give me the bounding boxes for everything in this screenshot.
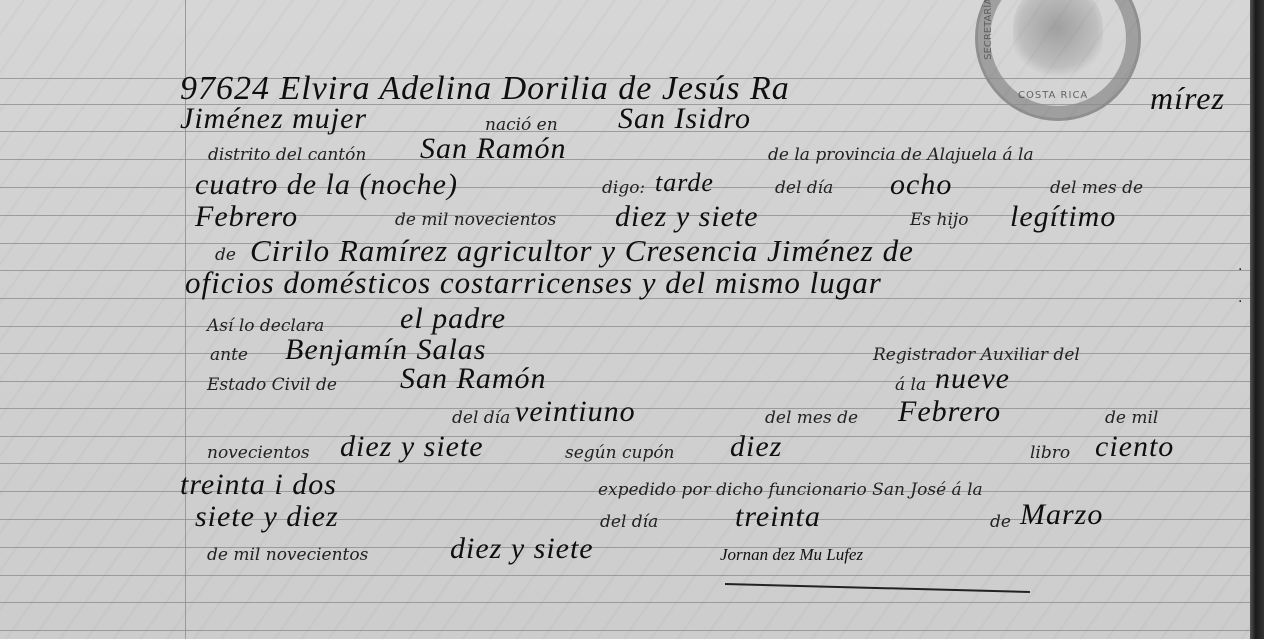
label-novecientos: novecientos	[207, 443, 310, 463]
coupon-number: diez	[730, 430, 782, 464]
rule-line	[0, 547, 1250, 548]
birth-month: Febrero	[195, 200, 298, 234]
label-es-hijo: Es hijo	[910, 210, 968, 230]
issued-year: diez y siete	[450, 532, 594, 566]
registration-month: Febrero	[898, 395, 1001, 429]
rule-line	[0, 463, 1250, 464]
signature-flourish	[725, 583, 1030, 593]
label-year: de mil novecientos	[395, 210, 556, 230]
book-number-start: ciento	[1095, 430, 1174, 464]
issued-month: Marzo	[1020, 498, 1103, 532]
official-seal: SECRETARÍA COSTA RICA	[975, 0, 1141, 121]
canton: San Ramón	[420, 132, 567, 166]
surname-continuation: mírez	[1150, 80, 1225, 117]
rule-line	[0, 602, 1250, 603]
label-digo: digo:	[602, 178, 645, 198]
rule-line	[0, 159, 1250, 160]
birth-day: ocho	[890, 168, 952, 202]
label-province: de la provincia de Alajuela á la	[768, 145, 1034, 165]
issued-hour: siete y diez	[195, 500, 339, 534]
registration-hour: nueve	[935, 362, 1010, 396]
seal-bottom-text: COSTA RICA	[1018, 90, 1088, 101]
registration-day: veintiuno	[515, 395, 636, 429]
seal-emblem-icon	[1013, 0, 1103, 83]
surname-sex: Jiménez mujer	[180, 102, 367, 136]
book-binding	[1250, 0, 1264, 639]
ledger-page: SECRETARÍA COSTA RICA 97624 Elvira Adeli…	[0, 0, 1264, 639]
label-de-2: de	[990, 512, 1011, 532]
label-month-2: del mes de	[765, 408, 858, 428]
registry-office: San Ramón	[400, 362, 547, 396]
label-day-2: del día	[452, 408, 510, 428]
label-month: del mes de	[1050, 178, 1143, 198]
label-ante: ante	[210, 345, 248, 365]
mother-occupation-nationality: oficios domésticos costarricenses y del …	[185, 265, 882, 301]
margin-mark: .	[1238, 258, 1242, 274]
label-de: de	[215, 245, 236, 265]
registration-year: diez y siete	[340, 430, 484, 464]
filiation: legítimo	[1010, 200, 1116, 234]
margin-mark: .	[1238, 290, 1242, 306]
label-a-la: á la	[895, 375, 926, 395]
birthplace: San Isidro	[618, 102, 751, 136]
label-cupon: según cupón	[565, 443, 675, 463]
label-day-3: del día	[600, 512, 658, 532]
label-de-mil: de mil	[1105, 408, 1158, 428]
rule-line	[0, 630, 1250, 631]
birth-hour-correction: tarde	[655, 168, 714, 198]
declarant: el padre	[400, 302, 506, 336]
label-day: del día	[775, 178, 833, 198]
label-issued-by: expedido por dicho funcionario San José …	[598, 480, 983, 500]
rule-line	[0, 381, 1250, 382]
label-estado-civil: Estado Civil de	[207, 375, 337, 395]
birth-hour: cuatro de la (noche)	[195, 168, 458, 202]
parents: Cirilo Ramírez agricultor y Cresencia Ji…	[250, 233, 914, 269]
rule-line	[0, 436, 1250, 437]
label-de-mil-novecientos: de mil novecientos	[207, 545, 368, 565]
label-district-canton: distrito del cantón	[208, 145, 366, 165]
official-signature: Jornan dez Mu Lufez	[720, 545, 863, 565]
rule-line	[0, 575, 1250, 576]
book-number-end: treinta i dos	[180, 468, 337, 502]
label-libro: libro	[1030, 443, 1070, 463]
rule-line	[0, 326, 1250, 327]
seal-side-text: SECRETARÍA	[983, 0, 994, 60]
birth-year: diez y siete	[615, 200, 759, 234]
issued-day: treinta	[735, 500, 821, 534]
